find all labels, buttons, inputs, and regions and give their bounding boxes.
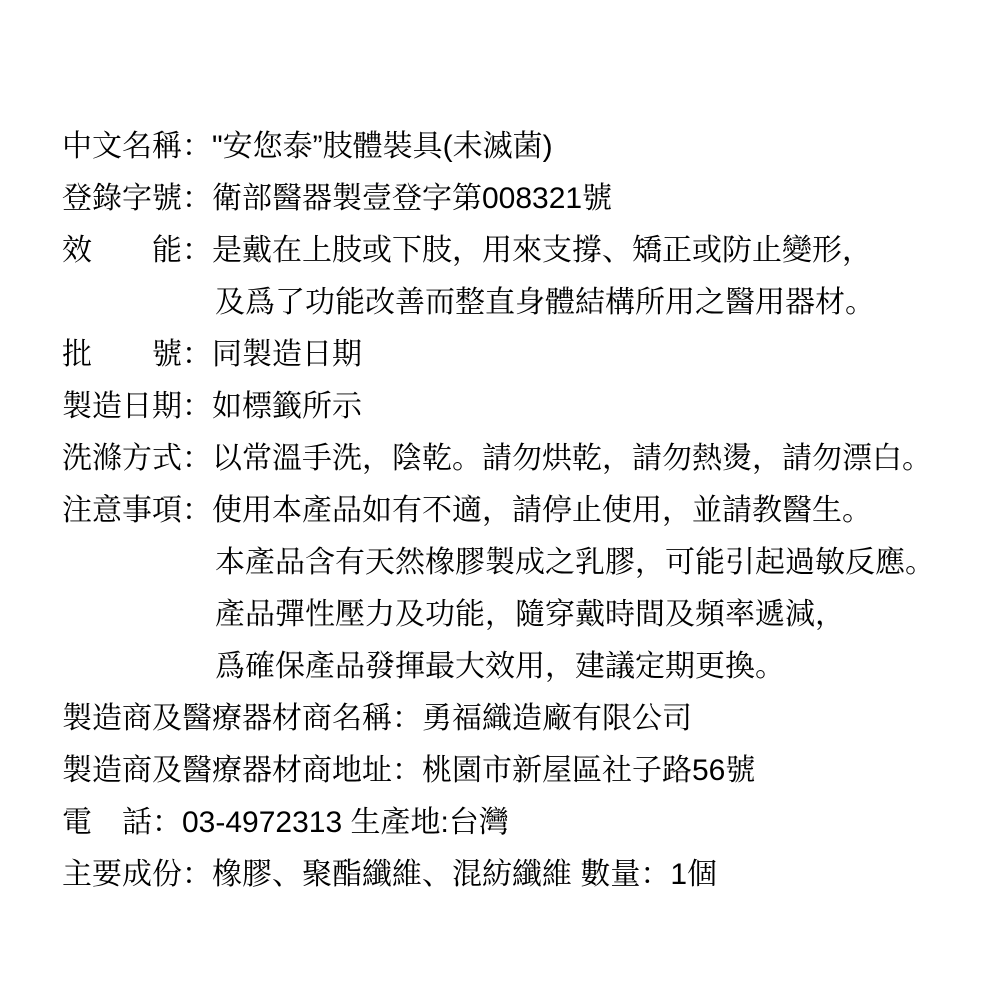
chinese-name-row: 中文名稱："安您泰”肢體裝具(未滅菌) bbox=[62, 121, 1000, 173]
registration-number-row: 登錄字號：衛部醫器製壹登字第008321號 bbox=[62, 173, 1000, 225]
manufacturer-address-row: 製造商及醫療器材商地址：桃園市新屋區社子路56號 bbox=[62, 745, 1000, 797]
precautions-continuation-2-row: 產品彈性壓力及功能，隨穿戴時間及頻率遞減， bbox=[62, 589, 1000, 641]
efficacy-row: 效 能：是戴在上肢或下肢，用來支撐、矯正或防止變形， bbox=[62, 225, 1000, 277]
efficacy-continuation-row: 及爲了功能改善而整直身體結構所用之醫用器材。 bbox=[62, 277, 1000, 329]
batch-number-row: 批 號：同製造日期 bbox=[62, 329, 1000, 381]
manufacture-date-row: 製造日期：如標籤所示 bbox=[62, 381, 1000, 433]
product-label-document: 中文名稱："安您泰”肢體裝具(未滅菌) 登錄字號：衛部醫器製壹登字第008321… bbox=[62, 121, 1000, 901]
ingredients-and-quantity-row: 主要成份：橡膠、聚酯纖維、混紡纖維 數量：1個 bbox=[62, 849, 1000, 901]
precautions-continuation-1-row: 本產品含有天然橡膠製成之乳膠，可能引起過敏反應。 bbox=[62, 537, 1000, 589]
washing-instructions-row: 洗滌方式：以常溫手洗，陰乾。請勿烘乾，請勿熱燙，請勿漂白。 bbox=[62, 433, 1000, 485]
phone-and-origin-row: 電 話：03-4972313 生產地:台灣 bbox=[62, 797, 1000, 849]
precautions-continuation-3-row: 爲確保產品發揮最大效用，建議定期更換。 bbox=[62, 641, 1000, 693]
precautions-row: 注意事項：使用本產品如有不適，請停止使用，並請教醫生。 bbox=[62, 485, 1000, 537]
manufacturer-name-row: 製造商及醫療器材商名稱：勇福織造廠有限公司 bbox=[62, 693, 1000, 745]
